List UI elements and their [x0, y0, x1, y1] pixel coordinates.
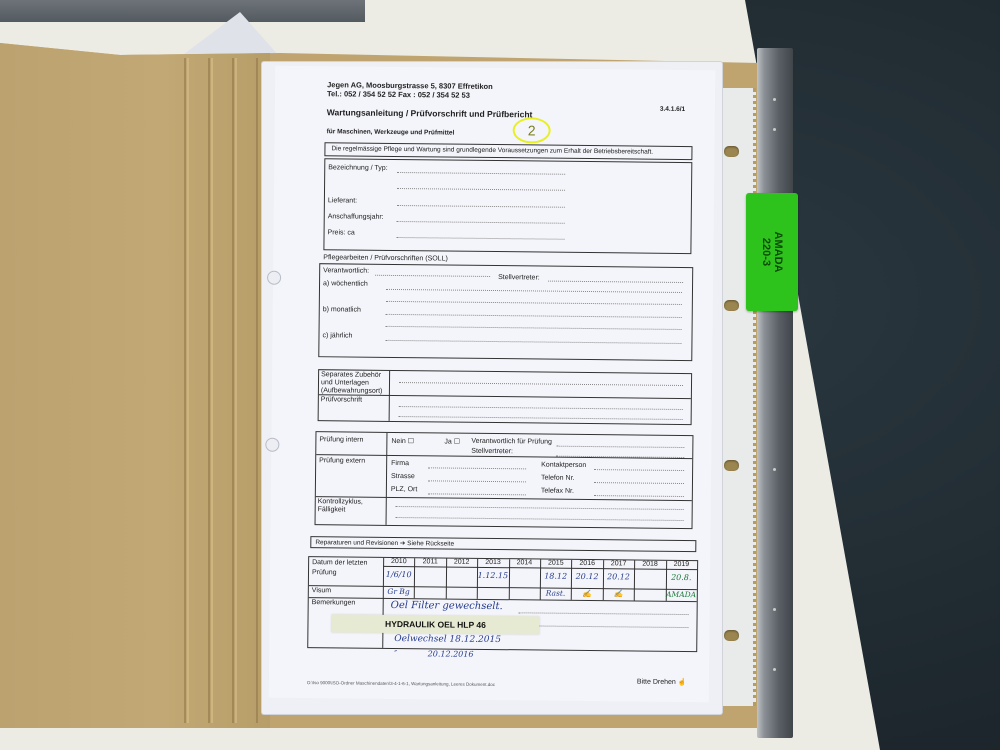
inspection-date: 20.12 [571, 572, 602, 581]
accessories-section: Separates Zubehör und Unterlagen (Aufbew… [318, 369, 693, 425]
punch-hole [265, 438, 279, 452]
label-firma: Firma [391, 460, 409, 467]
notice-text: Die regelmässige Pflege und Wartung sind… [331, 145, 653, 155]
punch-hole [724, 300, 739, 311]
remark-oil-filter: Oel Filter gewechselt. [391, 600, 503, 612]
binder-edge [0, 0, 365, 22]
folder-crease [235, 58, 237, 723]
label-pruefvorschrift: Prüfvorschrift [321, 396, 362, 403]
label-zubehoer: Separates Zubehör und Unterlagen (Aufbew… [321, 371, 387, 396]
punch-hole [267, 271, 281, 285]
label-stellvertreter-pruefung: Stellvertreter: [471, 448, 513, 455]
visum-signature: ✍ [571, 589, 602, 598]
visum-signature: Gr Bg [383, 587, 414, 596]
form-title: Wartungsanleitung / Prüfvorschrift und P… [327, 107, 533, 119]
repairs-box: Reparaturen und Revisionen ➔ Siehe Rücks… [310, 536, 696, 552]
folder-crease [256, 58, 258, 723]
highlighted-number: 2 [513, 117, 551, 143]
folder-crease [184, 58, 186, 723]
label-datum-pruefung: Datum der letzten Prüfung [312, 558, 382, 579]
year-header: 2013 [477, 559, 508, 566]
inspection-date: 1/6/10 [383, 570, 414, 579]
label-lieferant: Lieferant: [328, 197, 357, 204]
identification-section: Bezeichnung / Typ: Lieferant: Anschaffun… [323, 158, 692, 254]
inspection-date: 1.12.15 [477, 571, 508, 580]
care-section: Verantwortlich: Stellvertreter: a) wöche… [318, 263, 693, 361]
year-header: 2017 [603, 560, 634, 567]
label-plz-ort: PLZ, Ort [391, 486, 418, 493]
binder-rail [757, 48, 793, 738]
checkbox-ja[interactable]: Ja ☐ [444, 438, 460, 446]
label-verantwortlich: Verantwortlich: [323, 267, 369, 274]
folder-flap [0, 35, 270, 728]
label-anschaffungsjahr: Anschaffungsjahr: [328, 213, 384, 221]
folder-crease [208, 58, 210, 723]
inspection-log-table: Datum der letzten Prüfung Visum Bemerkun… [307, 556, 698, 652]
folder-crease [187, 58, 189, 723]
label-telefax: Telefax Nr. [541, 488, 574, 495]
punch-hole [724, 146, 739, 157]
year-header: 2010 [383, 558, 414, 565]
year-header: 2018 [634, 561, 665, 568]
year-header: 2011 [414, 558, 445, 565]
hydraulic-oil-label: HYDRAULIK OEL HLP 46 [331, 614, 539, 634]
label-stellvertreter: Stellvertreter: [498, 274, 540, 281]
remark-oil-change: Oelwechsel 18.12.2015 [394, 634, 501, 645]
maintenance-form: Jegen AG, Moosburgstrasse 5, 8307 Effret… [269, 66, 716, 703]
inspection-date: 18.12 [540, 572, 571, 581]
punch-hole [724, 630, 739, 641]
tab-label-line1: AMADA [772, 232, 784, 273]
label-preis: Preis: ca [328, 229, 355, 236]
label-pruefung-intern: Prüfung intern [319, 436, 363, 443]
punch-hole [724, 460, 739, 471]
folder-crease [232, 58, 234, 723]
year-header: 2019 [666, 561, 697, 568]
visum-signature: Rast. [540, 589, 571, 598]
folder-crease [211, 58, 213, 723]
inspection-date: 20.12 [603, 572, 634, 581]
label-monthly: b) monatlich [323, 306, 361, 313]
doc-number: 3.4.1.6/1 [660, 106, 685, 113]
label-telefon: Telefon Nr. [541, 475, 575, 482]
phone-line: Tel.: 052 / 354 52 52 Fax : 052 / 354 52… [327, 89, 470, 99]
label-weekly: a) wöchentlich [323, 280, 368, 287]
year-header: 2012 [446, 559, 477, 566]
label-yearly: c) jährlich [322, 332, 352, 339]
label-bemerkungen: Bemerkungen [312, 599, 356, 606]
inspection-section: Prüfung intern Nein ☐ Ja ☐ Verantwortlic… [315, 431, 694, 529]
label-kontaktperson: Kontaktperson [541, 462, 586, 469]
label-visum: Visum [312, 587, 331, 594]
remark-oil-change-2: ″ 20.12.2016 [394, 649, 473, 659]
checkbox-nein[interactable]: Nein ☐ [391, 437, 414, 445]
label-strasse: Strasse [391, 473, 415, 480]
footer-file-path: O:\Iso 9000\ISO-Ordner Maschinendaten\3-… [307, 680, 495, 687]
visum-signature: AMADA [665, 590, 696, 599]
year-header: 2014 [509, 559, 540, 566]
repairs-text: Reparaturen und Revisionen ➔ Siehe Rücks… [315, 538, 454, 547]
form-subtitle: für Maschinen, Werkzeuge und Prüfmittel [327, 128, 455, 136]
turn-over-note: Bitte Drehen ☝ [637, 678, 687, 687]
care-heading: Pflegearbeiten / Prüfvorschriften (SOLL) [323, 254, 448, 262]
tab-label-line2: 220-3 [760, 238, 772, 266]
year-header: 2016 [571, 560, 602, 567]
year-header: 2015 [540, 560, 571, 567]
inspection-date: 20.8. [666, 573, 697, 582]
label-verantwortlich-pruefung: Verantwortlich für Prüfung [471, 438, 552, 446]
notice-box: Die regelmässige Pflege und Wartung sind… [324, 142, 692, 160]
machine-tab[interactable]: AMADA220-3 [746, 193, 798, 311]
label-bezeichnung: Bezeichnung / Typ: [328, 164, 387, 172]
label-kontrollzyklus: Kontrollzyklus, Fälligkeit [318, 498, 384, 515]
visum-signature: ✍ [603, 589, 634, 598]
label-pruefung-extern: Prüfung extern [319, 457, 365, 464]
